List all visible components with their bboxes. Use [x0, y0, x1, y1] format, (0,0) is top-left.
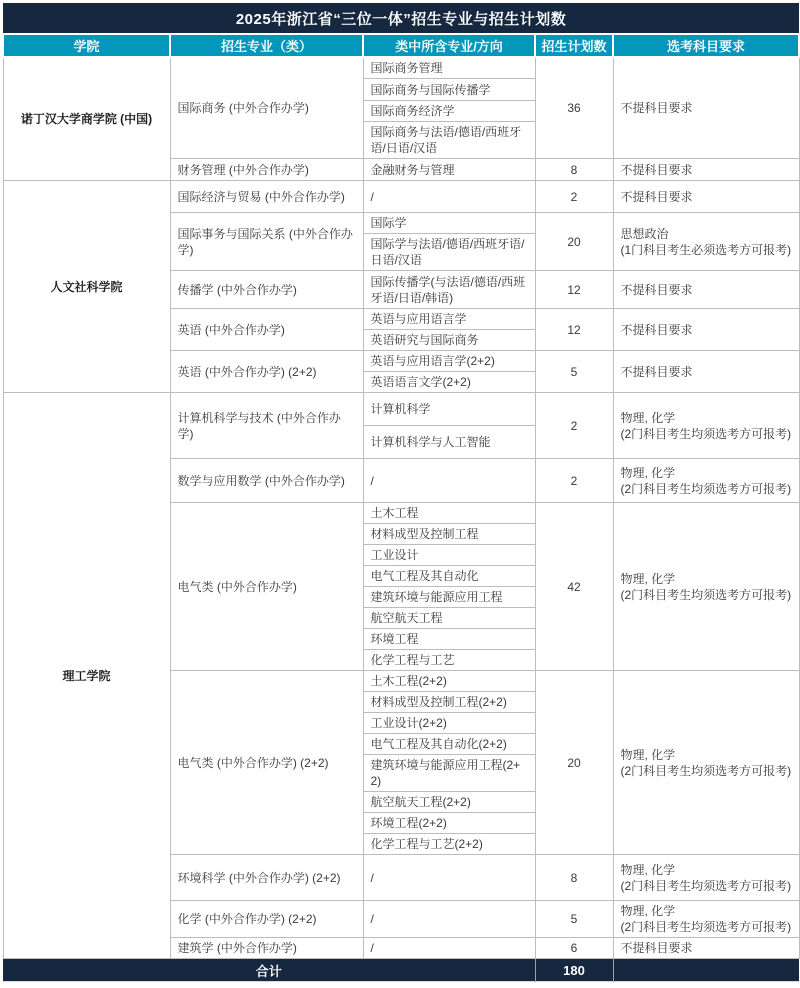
column-header-plan-count: 招生计划数	[535, 34, 613, 57]
requirement-cell: 物理, 化学 (2门科目考生均须选考方可报考)	[613, 671, 799, 855]
plan-count-cell: 8	[535, 159, 613, 181]
table-row: 人文社科学院国际经济与贸易 (中外合作办学)/2不提科目要求	[3, 181, 799, 213]
direction-cell: 环境工程	[363, 629, 535, 650]
direction-cell: 英语与应用语言学(2+2)	[363, 351, 535, 372]
major-cell: 国际经济与贸易 (中外合作办学)	[170, 181, 363, 213]
enrollment-plan-page: 2025年浙江省“三位一体”招生专业与招生计划数 学院 招生专业（类） 类中所含…	[0, 0, 800, 988]
major-cell: 电气类 (中外合作办学) (2+2)	[170, 671, 363, 855]
total-count: 180	[535, 959, 613, 982]
requirement-cell: 不提科目要求	[613, 351, 799, 393]
major-cell: 传播学 (中外合作办学)	[170, 271, 363, 309]
direction-cell: 环境工程(2+2)	[363, 813, 535, 834]
major-cell: 电气类 (中外合作办学)	[170, 503, 363, 671]
direction-cell: 英语研究与国际商务	[363, 330, 535, 351]
direction-cell: 建筑环境与能源应用工程(2+2)	[363, 755, 535, 792]
plan-count-cell: 2	[535, 459, 613, 503]
direction-cell: 国际商务与国际传播学	[363, 79, 535, 101]
plan-count-cell: 6	[535, 938, 613, 959]
direction-cell: 土木工程(2+2)	[363, 671, 535, 692]
plan-count-cell: 5	[535, 901, 613, 938]
direction-cell: 材料成型及控制工程	[363, 524, 535, 545]
direction-cell: /	[363, 855, 535, 901]
column-header-major: 招生专业（类）	[170, 34, 363, 57]
plan-count-cell: 36	[535, 57, 613, 159]
direction-cell: 航空航天工程	[363, 608, 535, 629]
plan-count-cell: 20	[535, 213, 613, 271]
major-cell: 建筑学 (中外合作办学)	[170, 938, 363, 959]
total-row: 合计 180	[3, 959, 799, 982]
requirement-cell: 思想政治 (1门科目考生必须选考方可报考)	[613, 213, 799, 271]
plan-count-cell: 20	[535, 671, 613, 855]
direction-cell: 化学工程与工艺(2+2)	[363, 834, 535, 855]
direction-cell: 工业设计(2+2)	[363, 713, 535, 734]
direction-cell: 电气工程及其自动化	[363, 566, 535, 587]
college-name-cell: 诺丁汉大学商学院 (中国)	[3, 57, 170, 181]
enrollment-plan-table: 2025年浙江省“三位一体”招生专业与招生计划数 学院 招生专业（类） 类中所含…	[2, 3, 800, 982]
major-cell: 计算机科学与技术 (中外合作办学)	[170, 393, 363, 459]
footer-empty-cell	[613, 959, 799, 982]
plan-count-cell: 42	[535, 503, 613, 671]
total-label: 合计	[3, 959, 535, 982]
direction-cell: 工业设计	[363, 545, 535, 566]
plan-count-cell: 12	[535, 309, 613, 351]
major-cell: 英语 (中外合作办学) (2+2)	[170, 351, 363, 393]
plan-count-cell: 8	[535, 855, 613, 901]
direction-cell: 国际传播学(与法语/德语/西班牙语/日语/韩语)	[363, 271, 535, 309]
plan-count-cell: 12	[535, 271, 613, 309]
column-header-row: 学院 招生专业（类） 类中所含专业/方向 招生计划数 选考科目要求	[3, 34, 799, 57]
major-cell: 国际商务 (中外合作办学)	[170, 57, 363, 159]
plan-count-cell: 2	[535, 181, 613, 213]
requirement-cell: 物理, 化学 (2门科目考生均须选考方可报考)	[613, 459, 799, 503]
table-head: 2025年浙江省“三位一体”招生专业与招生计划数 学院 招生专业（类） 类中所含…	[3, 3, 799, 57]
direction-cell: 建筑环境与能源应用工程	[363, 587, 535, 608]
direction-cell: 英语语言文学(2+2)	[363, 372, 535, 393]
requirement-cell: 物理, 化学 (2门科目考生均须选考方可报考)	[613, 393, 799, 459]
direction-cell: 土木工程	[363, 503, 535, 524]
major-cell: 国际事务与国际关系 (中外合作办学)	[170, 213, 363, 271]
title-row: 2025年浙江省“三位一体”招生专业与招生计划数	[3, 3, 799, 34]
direction-cell: /	[363, 181, 535, 213]
direction-cell: 国际学	[363, 213, 535, 234]
major-cell: 化学 (中外合作办学) (2+2)	[170, 901, 363, 938]
table-body: 诺丁汉大学商学院 (中国)国际商务 (中外合作办学)国际商务管理36不提科目要求…	[3, 57, 799, 959]
college-name-cell: 理工学院	[3, 393, 170, 959]
direction-cell: 计算机科学与人工智能	[363, 426, 535, 459]
requirement-cell: 不提科目要求	[613, 57, 799, 159]
college-name-cell: 人文社科学院	[3, 181, 170, 393]
column-header-subject-requirement: 选考科目要求	[613, 34, 799, 57]
direction-cell: 英语与应用语言学	[363, 309, 535, 330]
requirement-cell: 不提科目要求	[613, 159, 799, 181]
table-foot: 合计 180	[3, 959, 799, 982]
direction-cell: 材料成型及控制工程(2+2)	[363, 692, 535, 713]
major-cell: 财务管理 (中外合作办学)	[170, 159, 363, 181]
direction-cell: 航空航天工程(2+2)	[363, 792, 535, 813]
direction-cell: 计算机科学	[363, 393, 535, 426]
requirement-cell: 不提科目要求	[613, 938, 799, 959]
table-row: 理工学院计算机科学与技术 (中外合作办学)计算机科学2物理, 化学 (2门科目考…	[3, 393, 799, 426]
column-header-direction: 类中所含专业/方向	[363, 34, 535, 57]
requirement-cell: 物理, 化学 (2门科目考生均须选考方可报考)	[613, 503, 799, 671]
requirement-cell: 物理, 化学 (2门科目考生均须选考方可报考)	[613, 901, 799, 938]
page-title: 2025年浙江省“三位一体”招生专业与招生计划数	[3, 3, 799, 34]
major-cell: 数学与应用数学 (中外合作办学)	[170, 459, 363, 503]
requirement-cell: 不提科目要求	[613, 309, 799, 351]
table-row: 诺丁汉大学商学院 (中国)国际商务 (中外合作办学)国际商务管理36不提科目要求	[3, 57, 799, 79]
direction-cell: 电气工程及其自动化(2+2)	[363, 734, 535, 755]
plan-count-cell: 5	[535, 351, 613, 393]
direction-cell: /	[363, 459, 535, 503]
plan-count-cell: 2	[535, 393, 613, 459]
major-cell: 环境科学 (中外合作办学) (2+2)	[170, 855, 363, 901]
requirement-cell: 不提科目要求	[613, 271, 799, 309]
direction-cell: /	[363, 901, 535, 938]
direction-cell: 国际商务经济学	[363, 101, 535, 122]
direction-cell: 化学工程与工艺	[363, 650, 535, 671]
requirement-cell: 不提科目要求	[613, 181, 799, 213]
direction-cell: 国际学与法语/德语/西班牙语/日语/汉语	[363, 234, 535, 271]
requirement-cell: 物理, 化学 (2门科目考生均须选考方可报考)	[613, 855, 799, 901]
direction-cell: 金融财务与管理	[363, 159, 535, 181]
column-header-college: 学院	[3, 34, 170, 57]
major-cell: 英语 (中外合作办学)	[170, 309, 363, 351]
direction-cell: /	[363, 938, 535, 959]
direction-cell: 国际商务与法语/德语/西班牙语/日语/汉语	[363, 122, 535, 159]
direction-cell: 国际商务管理	[363, 57, 535, 79]
